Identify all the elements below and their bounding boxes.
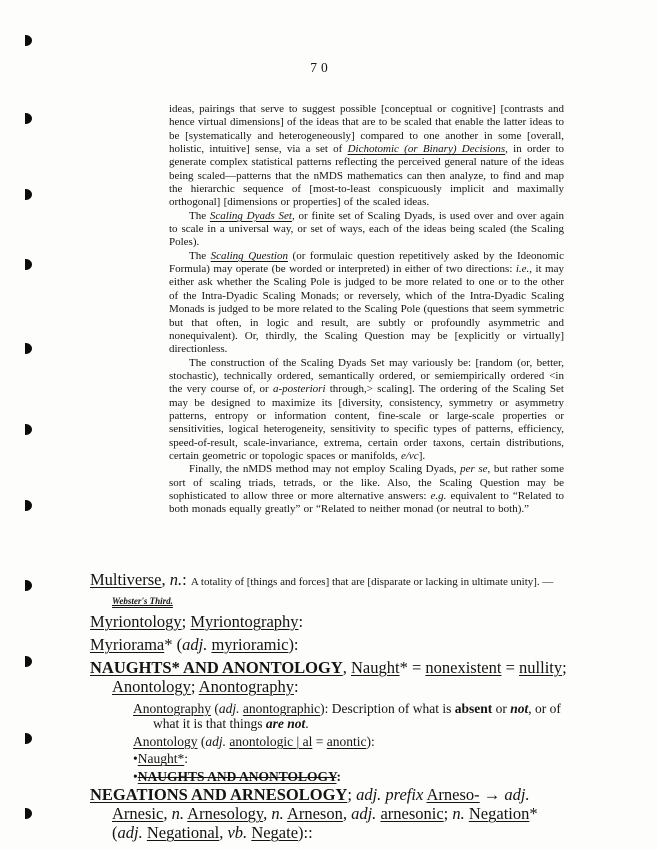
subentry-anontography: Anontography (adj. anontographic): Descr… <box>90 701 568 732</box>
body-paragraph: The construction of the Scaling Dyads Se… <box>169 357 564 464</box>
page-number: 70 <box>310 60 332 76</box>
binding-mark-icon <box>25 733 32 744</box>
scanned-book-page: 70 ideas, pairings that serve to suggest… <box>0 0 657 850</box>
glossary-entries: Multiverse, n.: A totality of [things an… <box>90 571 568 847</box>
body-paragraph: ideas, pairings that serve to suggest po… <box>169 103 564 210</box>
binding-mark-icon <box>25 500 32 511</box>
body-paragraph: The Scaling Question (or formulaic quest… <box>169 250 564 357</box>
entry-negations-and-arnesology: NEGATIONS AND ARNESOLOGY; adj. prefix Ar… <box>90 786 568 843</box>
binding-mark-icon <box>25 580 32 591</box>
binding-mark-icon <box>25 259 32 270</box>
subentry-anontology: Anontology (adj. anontologic | al = anon… <box>90 734 568 750</box>
subentry-naughts-anontology-bullet: •NAUGHTS AND ANONTOLOGY: <box>90 769 568 785</box>
entry-myriontology-myriontography: Myriontology; Myriontography: <box>90 613 568 632</box>
binding-mark-icon <box>25 35 32 46</box>
body-paragraph: The Scaling Dyads Set, or finite set of … <box>169 210 564 250</box>
entry-naughts-and-anontology: NAUGHTS* AND ANONTOLOGY, Naught* = nonex… <box>90 659 568 697</box>
binding-mark-icon <box>25 343 32 354</box>
subentry-naught-bullet: •Naught*: <box>90 751 568 767</box>
binding-mark-icon <box>25 808 32 819</box>
entry-myriorama: Myriorama* (adj. myrioramic): <box>90 636 568 655</box>
binding-mark-icon <box>25 656 32 667</box>
binding-mark-icon <box>25 424 32 435</box>
body-text-column: ideas, pairings that serve to suggest po… <box>169 103 564 517</box>
entry-multiverse: Multiverse, n.: A totality of [things an… <box>90 571 568 609</box>
body-paragraph: Finally, the nMDS method may not employ … <box>169 463 564 516</box>
binding-mark-icon <box>25 113 32 124</box>
binding-mark-icon <box>25 189 32 200</box>
